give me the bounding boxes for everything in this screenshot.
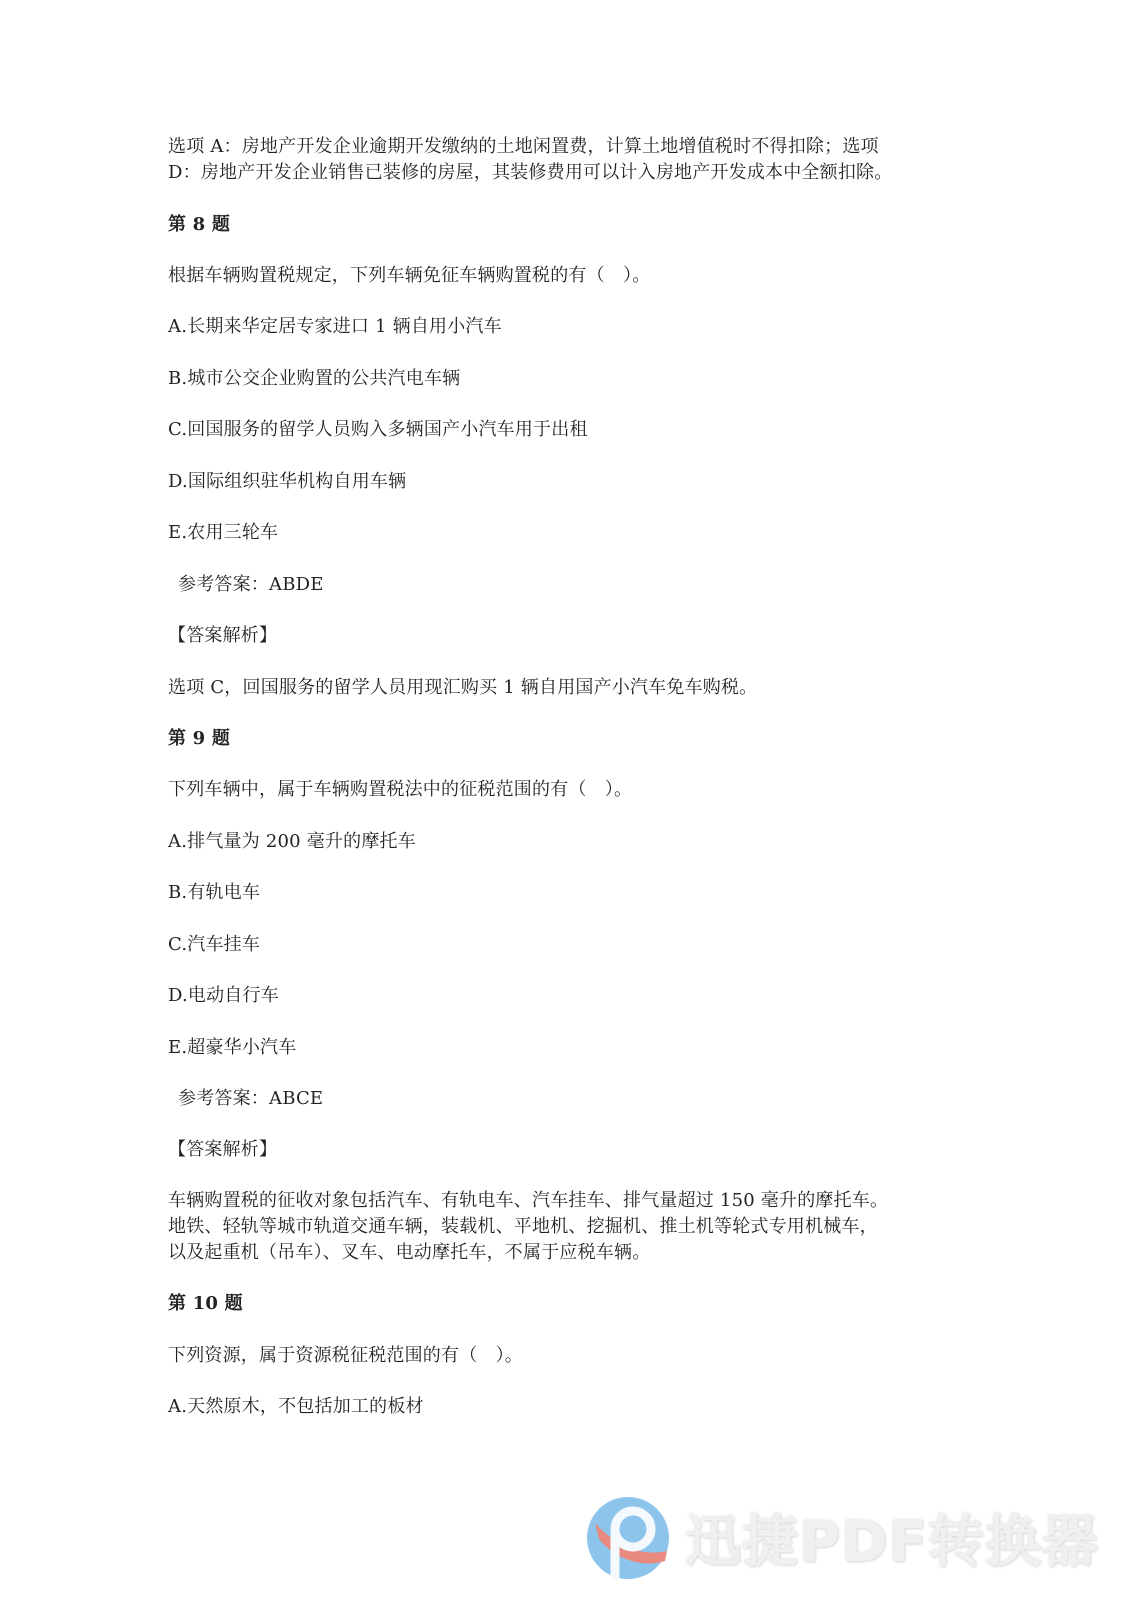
text-line: B.城市公交企业购置的公共汽电车辆: [168, 366, 460, 392]
text-line: 【答案解析】: [168, 623, 277, 649]
pdf-converter-logo-icon: [585, 1495, 671, 1581]
question-heading: 第 9 题: [168, 726, 230, 752]
text-line: E.农用三轮车: [168, 520, 278, 546]
text-line: 选项 A：房地产开发企业逾期开发缴纳的土地闲置费，计算土地增值税时不得扣除；选项: [168, 134, 879, 160]
text-line: D：房地产开发企业销售已装修的房屋，其装修费用可以计入房地产开发成本中全额扣除。: [168, 160, 892, 186]
text-line: 根据车辆购置税规定，下列车辆免征车辆购置税的有（ ）。: [168, 263, 650, 289]
text-line: C.汽车挂车: [168, 932, 260, 958]
text-line: A.排气量为 200 毫升的摩托车: [168, 829, 416, 855]
text-line: 下列车辆中，属于车辆购置税法中的征税范围的有（ ）。: [168, 777, 632, 803]
text-line: D.电动自行车: [168, 983, 279, 1009]
text-line: 参考答案：ABCE: [178, 1086, 323, 1112]
text-line: D.国际组织驻华机构自用车辆: [168, 469, 406, 495]
watermark: 迅捷PDF转换器: [585, 1490, 1105, 1585]
text-line: 以及起重机（吊车）、叉车、电动摩托车，不属于应税车辆。: [168, 1240, 650, 1266]
text-line: 车辆购置税的征收对象包括汽车、有轨电车、汽车挂车、排气量超过 150 毫升的摩托…: [168, 1188, 888, 1214]
question-heading: 第 10 题: [168, 1291, 243, 1317]
question-heading: 第 8 题: [168, 212, 230, 238]
text-line: C.回国服务的留学人员购入多辆国产小汽车用于出租: [168, 417, 588, 443]
text-line: A.长期来华定居专家进口 1 辆自用小汽车: [168, 314, 502, 340]
text-line: A.天然原木，不包括加工的板材: [168, 1394, 424, 1420]
text-line: 参考答案：ABDE: [178, 572, 324, 598]
text-line: 【答案解析】: [168, 1137, 277, 1163]
text-line: 选项 C，回国服务的留学人员用现汇购买 1 辆自用国产小汽车免车购税。: [168, 675, 757, 701]
text-line: E.超豪华小汽车: [168, 1035, 296, 1061]
watermark-text: 迅捷PDF转换器: [685, 1498, 1099, 1578]
text-line: 地铁、轻轨等城市轨道交通车辆，装载机、平地机、挖掘机、推土机等轮式专用机械车，: [168, 1214, 878, 1240]
text-line: B.有轨电车: [168, 880, 260, 906]
text-line: 下列资源，属于资源税征税范围的有（ ）。: [168, 1343, 523, 1369]
